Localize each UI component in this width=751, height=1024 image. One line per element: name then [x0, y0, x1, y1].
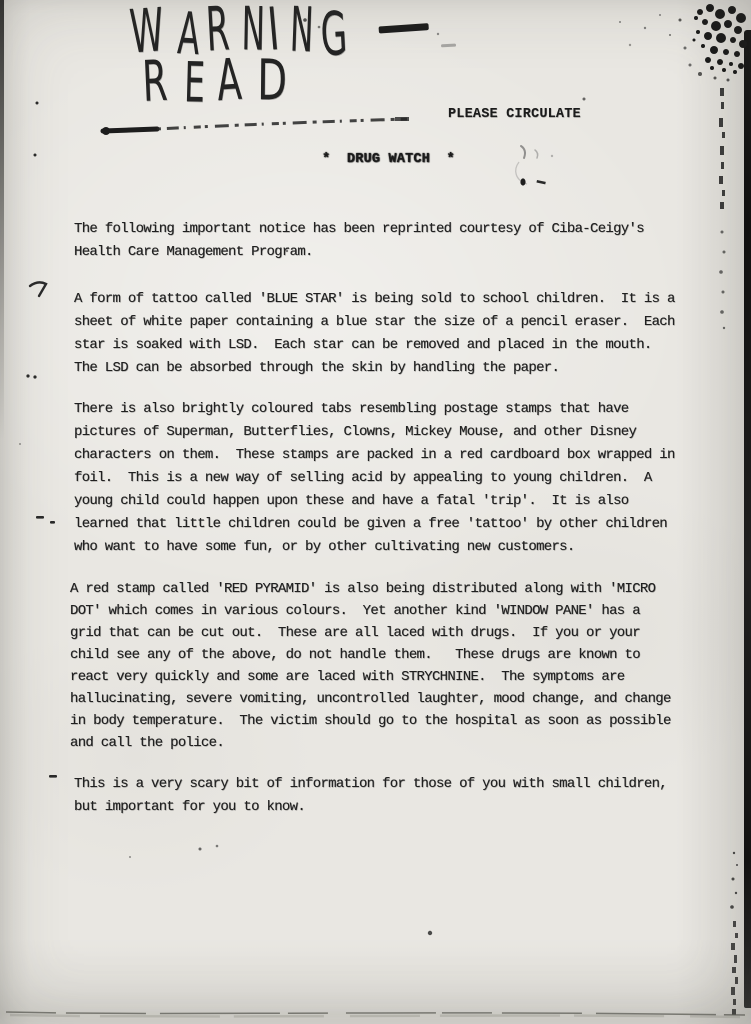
handwritten-letter: D [257, 48, 287, 112]
handwritten-letter: R [141, 49, 169, 113]
body-paragraph-1: The following important notice has been … [74, 218, 644, 264]
bottom-smudge-line-artifact [0, 1002, 751, 1024]
body-paragraph-4: A red stamp called 'RED PYRAMID' is also… [70, 578, 671, 754]
handwritten-letter: N [289, 0, 315, 65]
please-circulate-label: PLEASE CIRCULATE [448, 107, 581, 122]
body-paragraph-2: A form of tattoo called 'BLUE STAR' is b… [74, 288, 675, 380]
body-paragraph-5: This is a very scary bit of information … [74, 773, 667, 819]
handwritten-letter: G [319, 0, 349, 68]
handwritten-underline-stroke [95, 110, 425, 142]
handwritten-dash-stroke: — [379, 23, 429, 33]
scanned-document-page: WARNING— READ PLEASE CIRCULATE * DRUG WA… [0, 0, 751, 1024]
handwritten-read-word: READ [140, 59, 296, 112]
handwritten-letter: E [183, 51, 206, 114]
ink-smudge-artifact [505, 136, 575, 198]
drug-watch-title: * DRUG WATCH * [322, 152, 455, 167]
handwritten-letter: A [215, 47, 243, 113]
body-paragraph-3: There is also brightly coloured tabs res… [74, 398, 675, 559]
